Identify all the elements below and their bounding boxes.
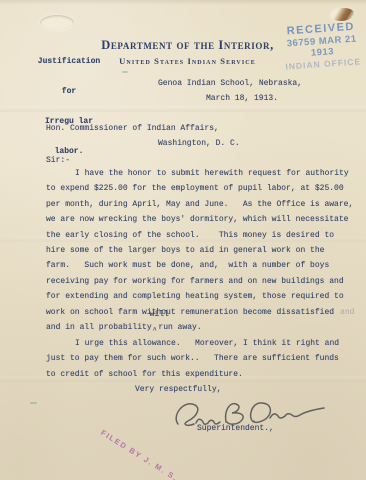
body-line: I urge this allowance. Moreover, I think… [46,336,356,351]
body-line: receiving pay for working for farmers an… [46,274,356,289]
received-stamp: RECEIVED 36759 MAR 21 1913 INDIAN OFFICE [275,20,366,72]
body-line: to credit of school for this expenditure… [46,367,356,382]
paper-flaw-right [330,8,354,21]
body-paragraph-2: I urge this allowance. Moreover, I think… [46,336,356,382]
body-line: we are now wrecking the boys' dormitory,… [46,212,356,227]
salutation: Sir:- [46,156,70,166]
paper-flaw-left [40,15,74,30]
body-line-with-insertion: and in all probabilitywill^ run away. [46,320,356,335]
body-line-text: run away. [154,323,202,332]
body-line: hire some of the larger boys to aid in g… [46,243,356,258]
insertion-anchor: will^ [152,321,154,329]
place-line: Genoa Indian School, Nebraska, [158,79,302,89]
letter-page: Justification for Irregu lar labor. Depa… [0,0,366,480]
date-line: March 18, 1913. [206,94,278,104]
signature-title: Superintendent., [197,424,274,434]
ink-speck [30,402,37,404]
service-subtitle: United States Indian Service [70,56,305,66]
body-line: for extending and completing heating sys… [46,289,356,304]
faint-erased-word: and [340,308,354,317]
department-title: Department of the Interior, [70,38,305,53]
body-line: to expend $225.00 for the employment of … [46,181,356,196]
body-line: per month, during April, May and June. A… [46,197,356,212]
body-line: I have the honor to submit herewith requ… [46,166,356,181]
body-line: just to pay them for such work.. There a… [46,351,356,366]
letterhead: Department of the Interior, United State… [70,38,305,66]
inserted-word: will [150,307,169,322]
filed-stamp: FILED BY J. M. S. [99,428,179,480]
body-paragraph-1: I have the honor to submit herewith requ… [46,166,356,335]
body-line-text: work on school farm without remuneration… [46,308,334,317]
ink-speck [122,71,128,73]
body-line: the early closing of the school. This mo… [46,228,356,243]
body-line: farm. Such work must be done, and, with … [46,258,356,273]
body-line-text: and in all probability [46,323,152,332]
recipient-name-line: Hon. Commissioner of Indian Affairs, [46,124,219,134]
recipient-city-line: Washington, D. C. [158,139,240,149]
body-line: work on school farm without remuneration… [46,305,356,320]
annotation-line: for [30,87,108,97]
